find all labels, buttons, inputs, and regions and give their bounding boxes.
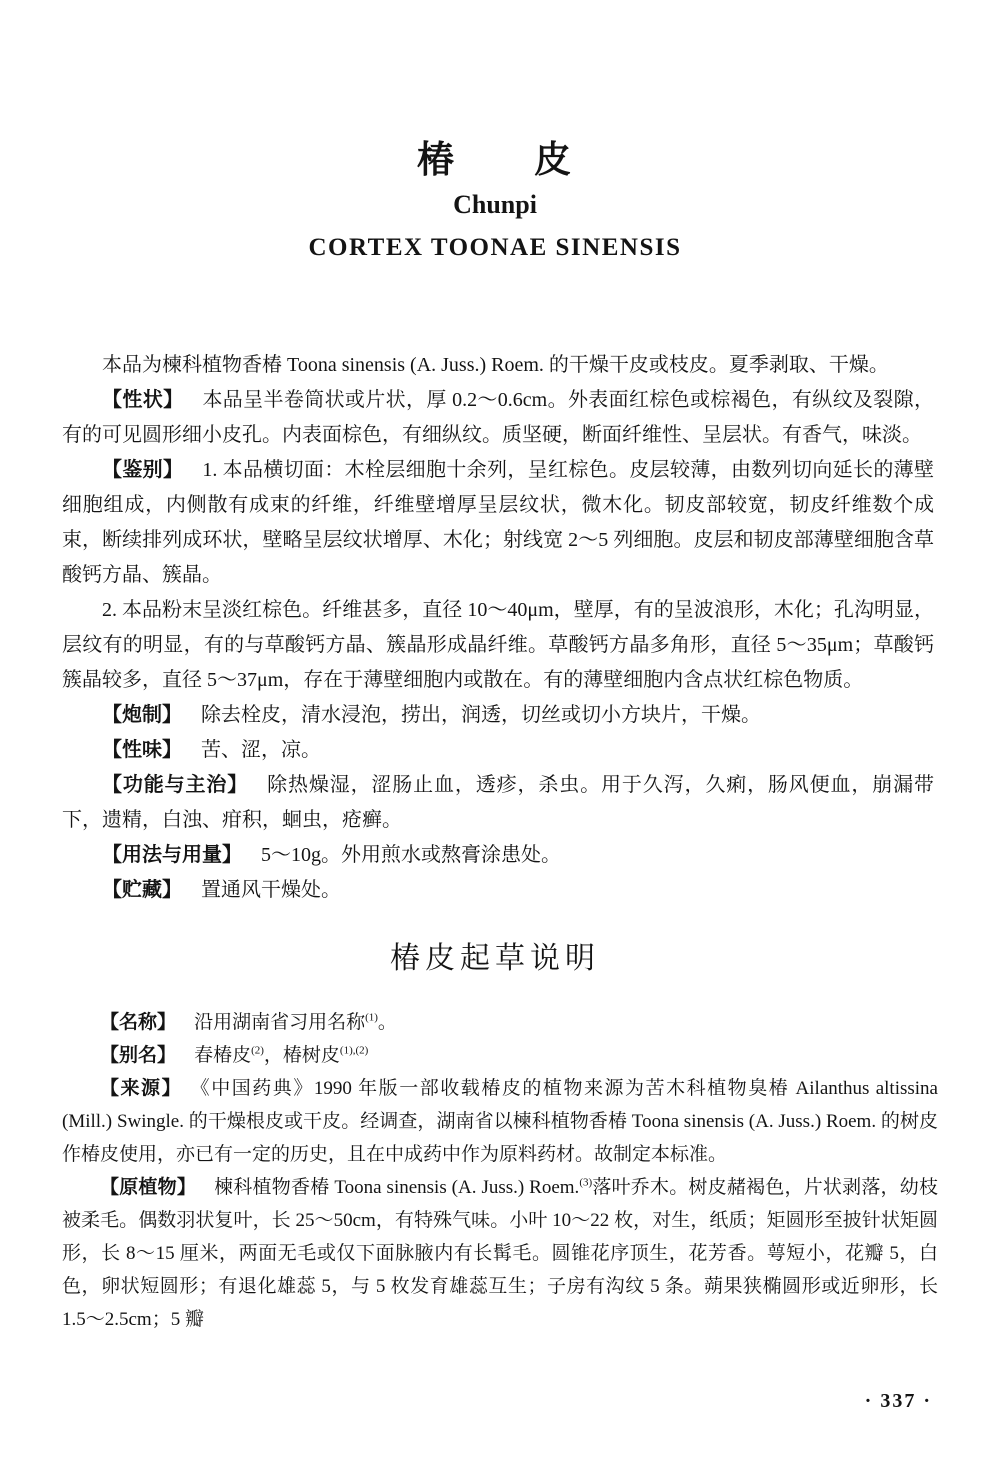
yongfa-paragraph: 【用法与用量】5～10g。外用煎水或熬膏涂患处。 xyxy=(62,838,934,873)
bieming-ref-sup-1: (2) xyxy=(251,1045,264,1057)
bieming-paragraph: 【别名】春椿皮(2)，椿树皮(1),(2) xyxy=(62,1039,938,1072)
xingzhuang-paragraph: 【性状】本品呈半卷筒状或片状，厚 0.2～0.6cm。外表面红棕色或棕褐色，有纵… xyxy=(62,383,934,453)
gongneng-paragraph: 【功能与主治】除热燥湿，涩肠止血，透疹，杀虫。用于久泻，久痢，肠风便血，崩漏带下… xyxy=(62,768,934,838)
page-title: 椿 皮 xyxy=(0,0,990,182)
xingwei-paragraph: 【性味】苦、涩，凉。 xyxy=(62,733,934,768)
zhucang-text: 置通风干燥处。 xyxy=(201,879,341,901)
laiyuan-paragraph: 【来源】《中国药典》1990 年版一部收载椿皮的植物来源为苦木科植物臭椿 Ail… xyxy=(62,1072,938,1171)
section-label-laiyuan: 【来源】 xyxy=(100,1078,200,1099)
draft-notes-body: 【名称】沿用湖南省习用名称(1)。 【别名】春椿皮(2)，椿树皮(1),(2) … xyxy=(62,1006,938,1336)
jianbie-paragraph-2: 2. 本品粉末呈淡红棕色。纤维甚多，直径 10～40μm，壁厚，有的呈波浪形，木… xyxy=(62,593,934,698)
mingcheng-paragraph: 【名称】沿用湖南省习用名称(1)。 xyxy=(62,1006,938,1039)
page-number: · 337 · xyxy=(865,1390,932,1413)
section-label-xingzhuang: 【性状】 xyxy=(102,389,202,411)
intro-text: 本品为楝科植物香椿 Toona sinensis (A. Juss.) Roem… xyxy=(102,354,889,376)
yuanzhiwu-text-1: 楝科植物香椿 Toona sinensis (A. Juss.) Roem. xyxy=(214,1177,579,1198)
zhucang-paragraph: 【贮藏】置通风干燥处。 xyxy=(62,873,934,908)
monograph-body: 本品为楝科植物香椿 Toona sinensis (A. Juss.) Roem… xyxy=(62,348,934,908)
yongfa-text: 5～10g。外用煎水或熬膏涂患处。 xyxy=(261,844,561,866)
mingcheng-tail: 。 xyxy=(378,1012,397,1033)
bieming-text-1: 春椿皮 xyxy=(194,1045,251,1066)
section-label-bieming: 【别名】 xyxy=(100,1045,194,1066)
mingcheng-ref-sup: (1) xyxy=(365,1012,378,1024)
section-label-gongneng: 【功能与主治】 xyxy=(102,774,267,796)
jianbie-text-2: 2. 本品粉末呈淡红棕色。纤维甚多，直径 10～40μm，壁厚，有的呈波浪形，木… xyxy=(62,599,934,691)
draft-notes-title: 椿皮起草说明 xyxy=(0,938,990,980)
yuanzhiwu-paragraph: 【原植物】楝科植物香椿 Toona sinensis (A. Juss.) Ro… xyxy=(62,1171,938,1336)
section-label-paozhi: 【炮制】 xyxy=(102,704,201,726)
section-label-yongfa: 【用法与用量】 xyxy=(102,844,261,866)
section-label-mingcheng: 【名称】 xyxy=(100,1012,194,1033)
section-label-yuanzhiwu: 【原植物】 xyxy=(100,1177,214,1198)
paozhi-text: 除去栓皮，清水浸泡，捞出，润透，切丝或切小方块片，干燥。 xyxy=(201,704,761,726)
yuanzhiwu-ref-sup: (3) xyxy=(579,1177,592,1189)
jianbie-paragraph-1: 【鉴别】1. 本品横切面：木栓层细胞十余列，呈红棕色。皮层较薄，由数列切向延长的… xyxy=(62,453,934,593)
mingcheng-text: 沿用湖南省习用名称 xyxy=(194,1012,365,1033)
document-page: 椿 皮 Chunpi CORTEX TOONAE SINENSIS 本品为楝科植… xyxy=(0,0,990,1482)
page-title-latin: CORTEX TOONAE SINENSIS xyxy=(0,230,990,266)
xingwei-text: 苦、涩，凉。 xyxy=(201,739,321,761)
section-label-zhucang: 【贮藏】 xyxy=(102,879,201,901)
page-title-pinyin: Chunpi xyxy=(0,188,990,222)
paozhi-paragraph: 【炮制】除去栓皮，清水浸泡，捞出，润透，切丝或切小方块片，干燥。 xyxy=(62,698,934,733)
section-label-xingwei: 【性味】 xyxy=(102,739,201,761)
bieming-ref-sup-2: (1),(2) xyxy=(340,1045,368,1057)
yuanzhiwu-text-2: 落叶乔木。树皮赭褐色，片状剥落，幼枝被柔毛。偶数羽状复叶，长 25～50cm，有… xyxy=(62,1177,938,1330)
bieming-text-2: ，椿树皮 xyxy=(264,1045,340,1066)
section-label-jianbie: 【鉴别】 xyxy=(102,459,202,481)
intro-paragraph: 本品为楝科植物香椿 Toona sinensis (A. Juss.) Roem… xyxy=(62,348,934,383)
